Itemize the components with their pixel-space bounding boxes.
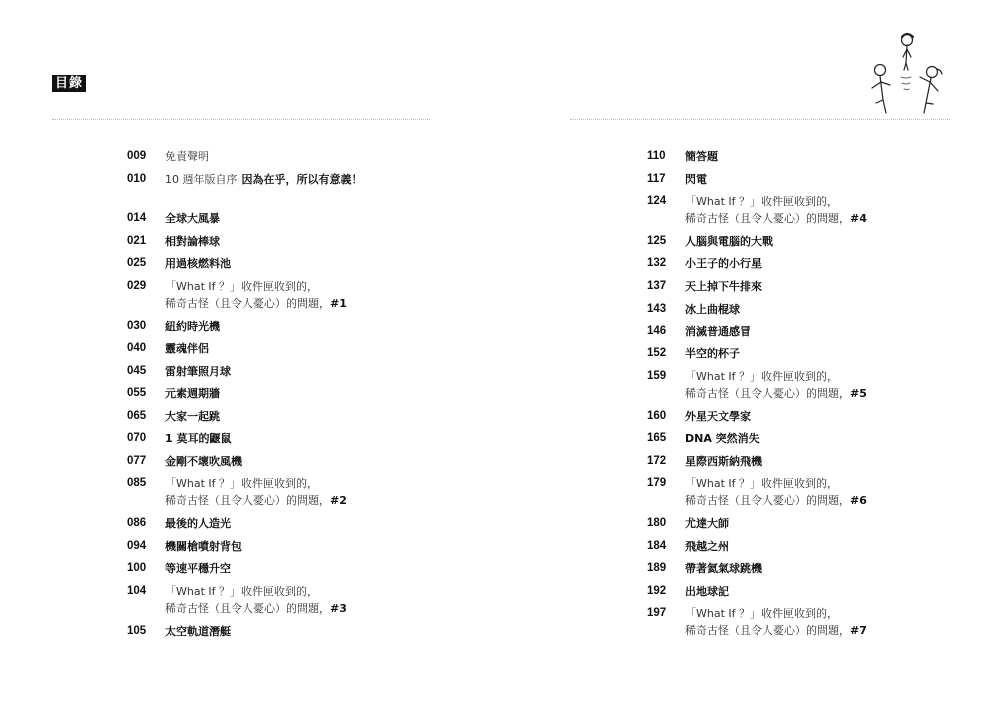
toc-page-number: 165 — [647, 430, 685, 447]
toc-page-number: 021 — [127, 233, 165, 250]
toc-title-text: 相對論棒球 — [165, 235, 220, 248]
toc-page-number: 110 — [647, 148, 685, 165]
toc-title-text: 金剛不壞吹風機 — [165, 455, 242, 468]
toc-entry[interactable]: 040靈魂伴侶 — [127, 340, 209, 357]
toc-title: 用過核燃料池 — [165, 255, 231, 272]
toc-entry[interactable]: 197「What If ？」收件匣收到的，稀奇古怪（且令人憂心）的問題，#7 — [647, 605, 867, 639]
toc-page-number: 159 — [647, 368, 685, 402]
toc-title-line-2-text: 稀奇古怪（且令人憂心）的問題， — [165, 494, 330, 507]
toc-page-number: 132 — [647, 255, 685, 272]
toc-title-line-2-text: 稀奇古怪（且令人憂心）的問題， — [165, 297, 330, 310]
toc-title: 「What If ？」收件匣收到的，稀奇古怪（且令人憂心）的問題，#7 — [685, 605, 867, 639]
toc-title-line-2: 稀奇古怪（且令人憂心）的問題，#3 — [165, 600, 347, 617]
toc-title-text: 出地球記 — [685, 585, 729, 598]
toc-title: DNA 突然消失 — [685, 430, 760, 447]
toc-page-number: 030 — [127, 318, 165, 335]
toc-title: 星際西斯納飛機 — [685, 453, 762, 470]
toc-title: 簡答題 — [685, 148, 718, 165]
toc-page-number: 014 — [127, 210, 165, 227]
toc-title-line-2: 稀奇古怪（且令人憂心）的問題，#4 — [685, 210, 867, 227]
toc-title: 靈魂伴侶 — [165, 340, 209, 357]
toc-page-number: 100 — [127, 560, 165, 577]
toc-entry[interactable]: 117閃電 — [647, 171, 707, 188]
toc-entry[interactable]: 045雷射筆照月球 — [127, 363, 231, 380]
toc-title-line-2: 稀奇古怪（且令人憂心）的問題，#6 — [685, 492, 867, 509]
toc-entry[interactable]: 146消滅普通感冒 — [647, 323, 751, 340]
toc-entry[interactable]: 124「What If ？」收件匣收到的，稀奇古怪（且令人憂心）的問題，#4 — [647, 193, 867, 227]
toc-page-number: 104 — [127, 583, 165, 617]
toc-title-text: 簡答題 — [685, 150, 718, 163]
toc-title-text: 1 莫耳的鼴鼠 — [165, 432, 231, 445]
toc-title-text: 消滅普通感冒 — [685, 325, 751, 338]
toc-page-number: 137 — [647, 278, 685, 295]
toc-issue-number: #2 — [330, 494, 347, 507]
toc-title: 「What If ？」收件匣收到的，稀奇古怪（且令人憂心）的問題，#1 — [165, 278, 347, 312]
toc-title-text: 半空的杯子 — [685, 347, 740, 360]
toc-entry[interactable]: 165DNA 突然消失 — [647, 430, 760, 447]
toc-page-number: 009 — [127, 148, 165, 165]
toc-entry[interactable]: 184飛越之州 — [647, 538, 729, 555]
toc-title-text: 飛越之州 — [685, 540, 729, 553]
toc-title: 1 莫耳的鼴鼠 — [165, 430, 231, 447]
toc-entry[interactable]: 014全球大風暴 — [127, 210, 220, 227]
toc-title-line-2-text: 稀奇古怪（且令人憂心）的問題， — [165, 602, 330, 615]
toc-title-text: 等速平穩升空 — [165, 562, 231, 575]
toc-entry[interactable]: 100等速平穩升空 — [127, 560, 231, 577]
toc-title-text: 免責聲明 — [165, 150, 209, 163]
toc-title-text: 10 週年版自序 — [165, 173, 238, 186]
toc-title-line-1: 「What If ？」收件匣收到的， — [165, 475, 347, 492]
toc-entry[interactable]: 055元素週期牆 — [127, 385, 220, 402]
toc-page-number: 085 — [127, 475, 165, 509]
toc-title: 最後的人造光 — [165, 515, 231, 532]
toc-entry[interactable]: 065大家一起跳 — [127, 408, 220, 425]
toc-entry[interactable]: 180尤達大師 — [647, 515, 729, 532]
toc-page-number: 077 — [127, 453, 165, 470]
toc-page-number: 094 — [127, 538, 165, 555]
toc-entry[interactable]: 192出地球記 — [647, 583, 729, 600]
toc-title: 相對論棒球 — [165, 233, 220, 250]
toc-issue-number: #7 — [850, 624, 867, 637]
toc-title: 等速平穩升空 — [165, 560, 231, 577]
toc-title: 半空的杯子 — [685, 345, 740, 362]
toc-entry[interactable]: 086最後的人造光 — [127, 515, 231, 532]
toc-title: 雷射筆照月球 — [165, 363, 231, 380]
page-title: 目錄 — [52, 75, 86, 92]
toc-title-text: 人腦與電腦的大戰 — [685, 235, 773, 248]
toc-title: 「What If ？」收件匣收到的，稀奇古怪（且令人憂心）的問題，#4 — [685, 193, 867, 227]
toc-title-text: 小王子的小行星 — [685, 257, 762, 270]
toc-title: 紐約時光機 — [165, 318, 220, 335]
divider-right — [570, 119, 950, 120]
toc-title: 人腦與電腦的大戰 — [685, 233, 773, 250]
toc-title-line-1: 「What If ？」收件匣收到的， — [685, 193, 867, 210]
toc-title: 飛越之州 — [685, 538, 729, 555]
toc-title-line-2: 稀奇古怪（且令人憂心）的問題，#5 — [685, 385, 867, 402]
toc-entry[interactable]: 085「What If ？」收件匣收到的，稀奇古怪（且令人憂心）的問題，#2 — [127, 475, 347, 509]
toc-entry[interactable]: 160外星天文學家 — [647, 408, 751, 425]
toc-page-number: 125 — [647, 233, 685, 250]
toc-page-number: 010 — [127, 171, 165, 188]
toc-entry[interactable]: 0701 莫耳的鼴鼠 — [127, 430, 231, 447]
toc-title: 消滅普通感冒 — [685, 323, 751, 340]
toc-entry[interactable]: 172星際西斯納飛機 — [647, 453, 762, 470]
toc-entry[interactable]: 105太空軌道潛艇 — [127, 623, 231, 640]
toc-title-text: 靈魂伴侶 — [165, 342, 209, 355]
toc-title-text: 太空軌道潛艇 — [165, 625, 231, 638]
stick-figures-illustration — [860, 25, 950, 115]
toc-page-number: 117 — [647, 171, 685, 188]
toc-page-number: 172 — [647, 453, 685, 470]
toc-title: 機關槍噴射背包 — [165, 538, 242, 555]
toc-entry[interactable]: 132小王子的小行星 — [647, 255, 762, 272]
toc-title-text: 元素週期牆 — [165, 387, 220, 400]
toc-title: 「What If ？」收件匣收到的，稀奇古怪（且令人憂心）的問題，#5 — [685, 368, 867, 402]
toc-entry[interactable]: 159「What If ？」收件匣收到的，稀奇古怪（且令人憂心）的問題，#5 — [647, 368, 867, 402]
toc-entry[interactable]: 137天上掉下牛排來 — [647, 278, 762, 295]
toc-title-line-2: 稀奇古怪（且令人憂心）的問題，#2 — [165, 492, 347, 509]
toc-page-number: 160 — [647, 408, 685, 425]
toc-title-text: 閃電 — [685, 173, 707, 186]
toc-entry[interactable]: 021相對論棒球 — [127, 233, 220, 250]
toc-entry[interactable]: 104「What If ？」收件匣收到的，稀奇古怪（且令人憂心）的問題，#3 — [127, 583, 347, 617]
toc-entry[interactable]: 152半空的杯子 — [647, 345, 740, 362]
toc-issue-number: #3 — [330, 602, 347, 615]
toc-page-number: 055 — [127, 385, 165, 402]
toc-title: 冰上曲棍球 — [685, 301, 740, 318]
toc-title-line-1: 「What If ？」收件匣收到的， — [685, 368, 867, 385]
toc-title-text: 最後的人造光 — [165, 517, 231, 530]
toc-title: 免責聲明 — [165, 148, 209, 165]
toc-title: 「What If ？」收件匣收到的，稀奇古怪（且令人憂心）的問題，#3 — [165, 583, 347, 617]
toc-page-number: 192 — [647, 583, 685, 600]
toc-title-text: 尤達大師 — [685, 517, 729, 530]
toc-page-number: 065 — [127, 408, 165, 425]
toc-issue-number: #4 — [850, 212, 867, 225]
toc-title-text: 用過核燃料池 — [165, 257, 231, 270]
toc-page-number: 025 — [127, 255, 165, 272]
toc-entry[interactable]: 179「What If ？」收件匣收到的，稀奇古怪（且令人憂心）的問題，#6 — [647, 475, 867, 509]
toc-page-number: 197 — [647, 605, 685, 639]
toc-title-text: 天上掉下牛排來 — [685, 280, 762, 293]
toc-title-line-2-text: 稀奇古怪（且令人憂心）的問題， — [685, 494, 850, 507]
toc-title-line-1: 「What If ？」收件匣收到的， — [165, 278, 347, 295]
toc-entry[interactable]: 189帶著氦氣球跳機 — [647, 560, 762, 577]
toc-title: 帶著氦氣球跳機 — [685, 560, 762, 577]
toc-title-text: 星際西斯納飛機 — [685, 455, 762, 468]
toc-title: 大家一起跳 — [165, 408, 220, 425]
toc-page-number: 070 — [127, 430, 165, 447]
toc-entry[interactable]: 125人腦與電腦的大戰 — [647, 233, 773, 250]
toc-title: 小王子的小行星 — [685, 255, 762, 272]
toc-title: 10 週年版自序因為在乎，所以有意義！ — [165, 171, 363, 188]
toc-page-number: 180 — [647, 515, 685, 532]
toc-title-text: DNA 突然消失 — [685, 432, 760, 445]
toc-entry[interactable]: 029「What If ？」收件匣收到的，稀奇古怪（且令人憂心）的問題，#1 — [127, 278, 347, 312]
toc-title-line-2: 稀奇古怪（且令人憂心）的問題，#7 — [685, 622, 867, 639]
toc-entry[interactable]: 077金剛不壞吹風機 — [127, 453, 242, 470]
toc-title: 閃電 — [685, 171, 707, 188]
toc-issue-number: #1 — [330, 297, 347, 310]
toc-issue-number: #5 — [850, 387, 867, 400]
toc-issue-number: #6 — [850, 494, 867, 507]
toc-page-number: 179 — [647, 475, 685, 509]
toc-page-number: 040 — [127, 340, 165, 357]
toc-title-text: 外星天文學家 — [685, 410, 751, 423]
toc-page-number: 045 — [127, 363, 165, 380]
toc-title-text: 大家一起跳 — [165, 410, 220, 423]
toc-page-number: 189 — [647, 560, 685, 577]
toc-title: 元素週期牆 — [165, 385, 220, 402]
toc-title: 出地球記 — [685, 583, 729, 600]
toc-page-number: 184 — [647, 538, 685, 555]
toc-entry[interactable]: 030紐約時光機 — [127, 318, 220, 335]
toc-title-line-2-text: 稀奇古怪（且令人憂心）的問題， — [685, 212, 850, 225]
toc-title-line-1: 「What If ？」收件匣收到的， — [685, 605, 867, 622]
toc-title-line-2-text: 稀奇古怪（且令人憂心）的問題， — [685, 387, 850, 400]
toc-title-text: 機關槍噴射背包 — [165, 540, 242, 553]
toc-entry[interactable]: 025用過核燃料池 — [127, 255, 231, 272]
toc-page-number: 105 — [127, 623, 165, 640]
toc-title-text: 紐約時光機 — [165, 320, 220, 333]
toc-entry[interactable]: 143冰上曲棍球 — [647, 301, 740, 318]
toc-entry[interactable]: 094機關槍噴射背包 — [127, 538, 242, 555]
toc-entry[interactable]: 110簡答題 — [647, 148, 718, 165]
toc-entry[interactable]: 01010 週年版自序因為在乎，所以有意義！ — [127, 171, 363, 188]
toc-title: 天上掉下牛排來 — [685, 278, 762, 295]
toc-page-number: 143 — [647, 301, 685, 318]
toc-title: 外星天文學家 — [685, 408, 751, 425]
toc-title: 「What If ？」收件匣收到的，稀奇古怪（且令人憂心）的問題，#6 — [685, 475, 867, 509]
toc-title-emphasis: 因為在乎，所以有意義！ — [242, 173, 363, 186]
toc-title: 太空軌道潛艇 — [165, 623, 231, 640]
toc-title-text: 帶著氦氣球跳機 — [685, 562, 762, 575]
toc-title: 「What If ？」收件匣收到的，稀奇古怪（且令人憂心）的問題，#2 — [165, 475, 347, 509]
toc-title-text: 雷射筆照月球 — [165, 365, 231, 378]
toc-title: 尤達大師 — [685, 515, 729, 532]
toc-title-text: 冰上曲棍球 — [685, 303, 740, 316]
toc-page-number: 086 — [127, 515, 165, 532]
toc-entry[interactable]: 009免責聲明 — [127, 148, 209, 165]
divider-left — [52, 119, 430, 120]
toc-page-number: 146 — [647, 323, 685, 340]
toc-page-number: 152 — [647, 345, 685, 362]
toc-title-line-1: 「What If ？」收件匣收到的， — [165, 583, 347, 600]
toc-page-number: 029 — [127, 278, 165, 312]
toc-page-number: 124 — [647, 193, 685, 227]
toc-title-text: 全球大風暴 — [165, 212, 220, 225]
toc-title: 金剛不壞吹風機 — [165, 453, 242, 470]
toc-title-line-2: 稀奇古怪（且令人憂心）的問題，#1 — [165, 295, 347, 312]
toc-title-line-1: 「What If ？」收件匣收到的， — [685, 475, 867, 492]
toc-title: 全球大風暴 — [165, 210, 220, 227]
toc-title-line-2-text: 稀奇古怪（且令人憂心）的問題， — [685, 624, 850, 637]
